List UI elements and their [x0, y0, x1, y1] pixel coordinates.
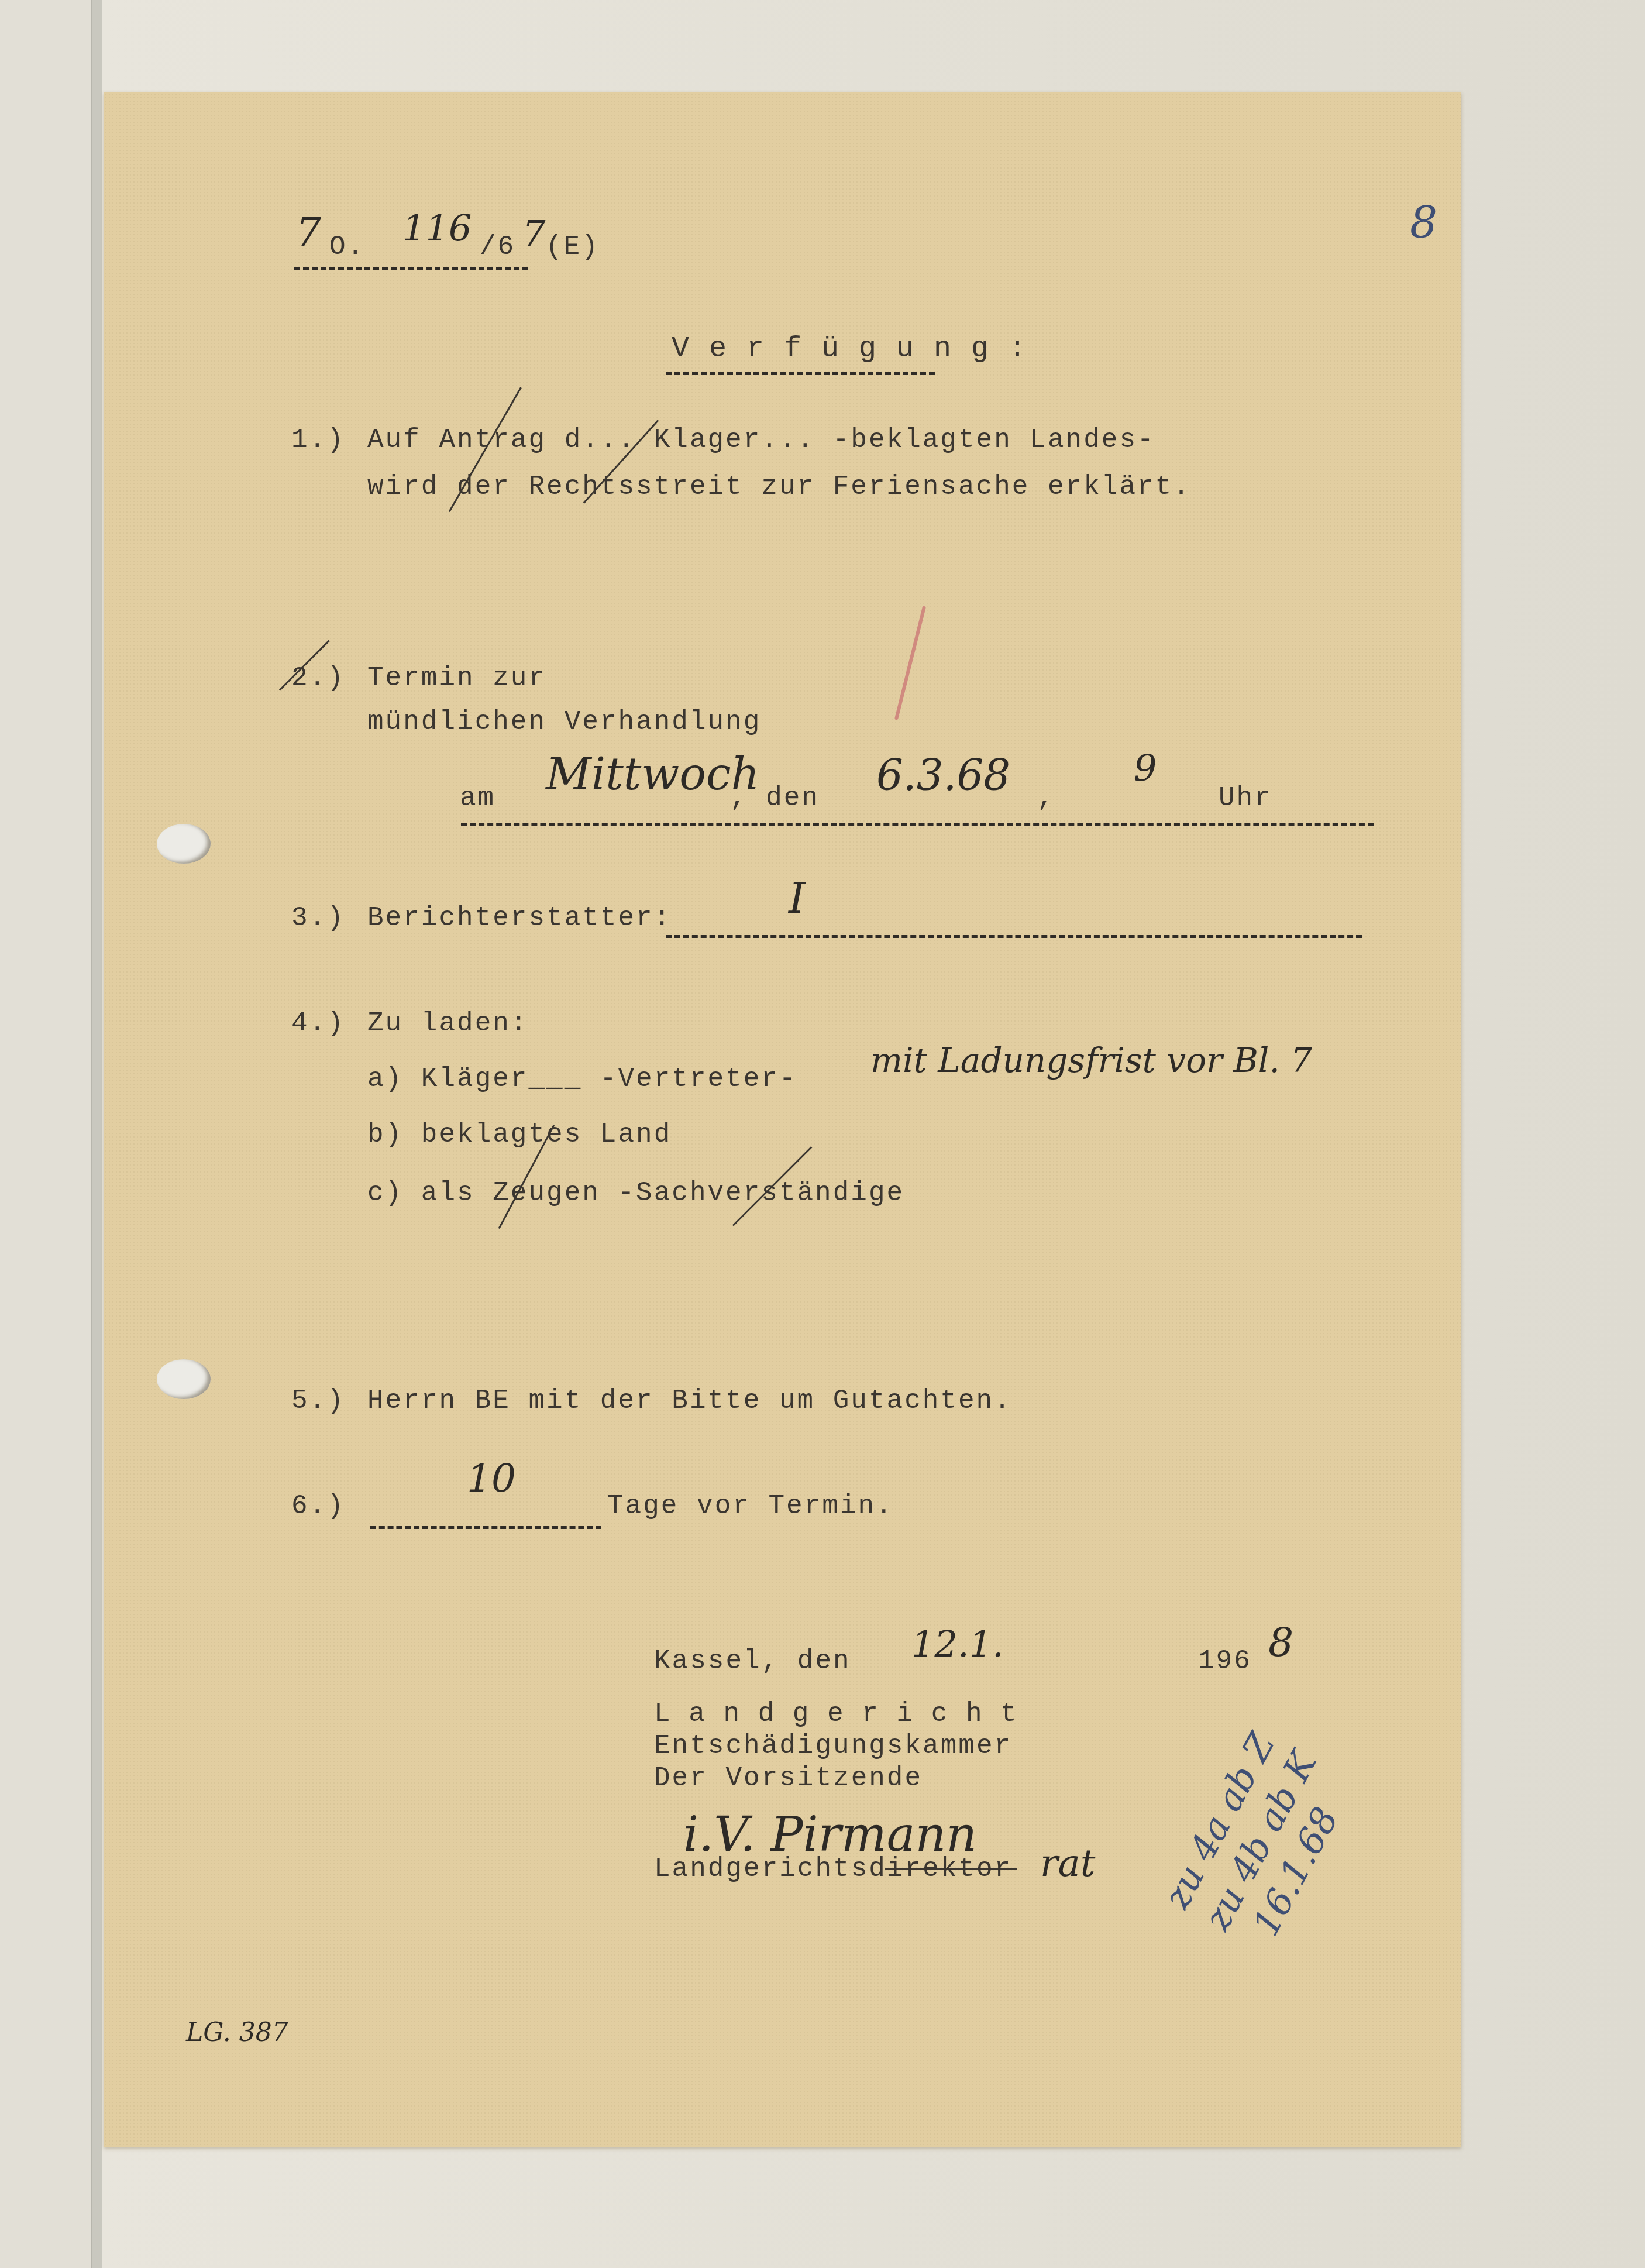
punch-hole-icon: [157, 1359, 211, 1399]
title-hw-suffix: rat: [1040, 1842, 1095, 1885]
item-number: 1.): [291, 425, 345, 455]
title-underline: [666, 372, 935, 375]
date-hw: 6.3.68: [876, 751, 1010, 800]
den-label: , den: [730, 783, 820, 813]
year-typed: 196: [1198, 1646, 1252, 1676]
case-slash: /6: [480, 232, 515, 262]
note-hw: mit Ladungsfrist vor Bl. 7: [870, 1040, 1312, 1080]
item-number: 5.): [291, 1386, 345, 1416]
case-year-hw: 7: [522, 212, 545, 255]
date-hw: 12.1.: [911, 1623, 1004, 1665]
comma: ,: [1037, 783, 1055, 813]
chamber-name: Entschädigungskammer: [654, 1731, 1012, 1761]
item-text: Auf Antrag d... Klager... -beklagten Lan…: [367, 425, 1155, 455]
case-number-hw: 116: [402, 207, 472, 249]
binder-background: [0, 0, 91, 2268]
item-text: mündlichen Verhandlung: [367, 707, 761, 737]
item-number: 3.): [291, 903, 345, 933]
item-text: wird der Rechtsstreit zur Feriensache er…: [367, 472, 1191, 502]
sub-item-b: b) beklagtes Land: [367, 1119, 672, 1150]
weekday-hw: Mittwoch: [546, 748, 760, 800]
case-o: O.: [329, 232, 365, 262]
item-text: Berichterstatter:: [367, 903, 672, 933]
document-title: V e r f ü g u n g :: [672, 332, 1027, 366]
strike-mark: [885, 1868, 1017, 1870]
uhr-label: Uhr: [1219, 783, 1272, 813]
sub-item-a: a) Kläger___ -Vertreter-: [367, 1064, 797, 1094]
role-label: Der Vorsitzende: [654, 1763, 923, 1793]
item-text: Herrn BE mit der Bitte um Gutachten.: [367, 1386, 1012, 1416]
reporter-underline: [666, 935, 1362, 938]
date-underline: [461, 823, 1374, 826]
days-underline: [370, 1526, 601, 1529]
item-text: Zu laden:: [367, 1008, 528, 1039]
court-name: L a n d g e r i c h t: [654, 1699, 1018, 1729]
case-underline: [294, 267, 528, 270]
item-number: 6.): [291, 1491, 345, 1521]
am-label: am: [460, 783, 495, 813]
days-hw: 10: [467, 1456, 516, 1501]
sub-item-c: c) als Zeugen -Sachverständige: [367, 1178, 904, 1208]
form-number: LG. 387: [186, 2018, 288, 2047]
item-text: Tage vor Termin.: [607, 1491, 894, 1521]
punch-hole-icon: [157, 824, 211, 864]
case-suffix: (E): [546, 232, 600, 262]
year-hw: 8: [1268, 1620, 1293, 1666]
page-number: 8: [1410, 198, 1437, 248]
place-date-label: Kassel, den: [654, 1646, 851, 1676]
red-pencil-mark: [894, 606, 926, 720]
binder-rail: [91, 0, 104, 2268]
reporter-hw: I: [789, 874, 805, 923]
item-text: Termin zur: [367, 663, 546, 693]
document-page: 7 O. 116 /6 7 (E) 8 V e r f ü g u n g : …: [104, 92, 1461, 2147]
margin-note: zu 4a ab Z zu 4b ab K 16.1.68: [1154, 1722, 1367, 1959]
case-prefix: 7: [296, 209, 321, 256]
item-number: 4.): [291, 1008, 345, 1039]
item-number: 2.): [291, 663, 345, 693]
time-hw: 9: [1134, 747, 1157, 789]
